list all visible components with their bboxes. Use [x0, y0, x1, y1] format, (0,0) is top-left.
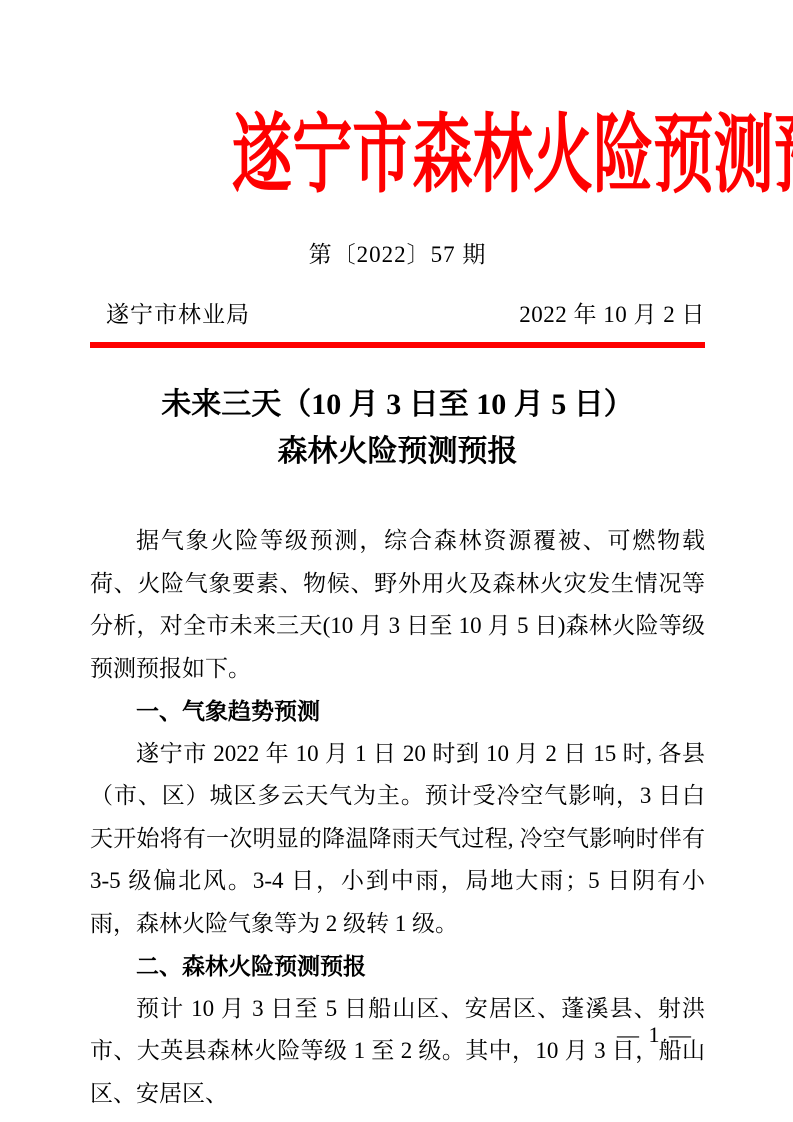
issuer-row: 遂宁市林业局 2022 年 10 月 2 日 — [90, 296, 705, 329]
section-heading-fire-risk-forecast: 二、森林火险预测预报 — [90, 945, 705, 988]
document-heading-line2: 森林火险预测预报 — [90, 428, 705, 475]
bulletin-title: 遂宁市森林火险预测预报 — [232, 112, 793, 198]
paragraph-weather-trend: 遂宁市 2022 年 10 月 1 日 20 时到 10 月 2 日 15 时,… — [90, 733, 705, 946]
page-number: — 1 — — [617, 1022, 693, 1048]
masthead: 遂宁市森林火险预测预报 — [90, 112, 705, 198]
issue-number: 第〔2022〕57 期 — [90, 236, 705, 269]
document-page: 遂宁市森林火险预测预报 第〔2022〕57 期 遂宁市林业局 2022 年 10… — [0, 0, 793, 1122]
document-body: 据气象火险等级预测，综合森林资源覆被、可燃物载荷、火险气象要素、物候、野外用火及… — [90, 520, 705, 1115]
paragraph-intro: 据气象火险等级预测，综合森林资源覆被、可燃物载荷、火险气象要素、物候、野外用火及… — [90, 520, 705, 690]
section-heading-weather-trend: 一、气象趋势预测 — [90, 690, 705, 733]
paragraph-fire-risk-forecast: 预计 10 月 3 日至 5 日船山区、安居区、蓬溪县、射洪市、大英县森林火险等… — [90, 988, 705, 1116]
red-divider-rule — [90, 342, 705, 348]
document-heading-line1: 未来三天（10 月 3 日至 10 月 5 日） — [90, 381, 705, 428]
issuing-agency: 遂宁市林业局 — [106, 296, 250, 329]
document-heading: 未来三天（10 月 3 日至 10 月 5 日） 森林火险预测预报 — [90, 381, 705, 475]
issue-date: 2022 年 10 月 2 日 — [519, 296, 705, 329]
